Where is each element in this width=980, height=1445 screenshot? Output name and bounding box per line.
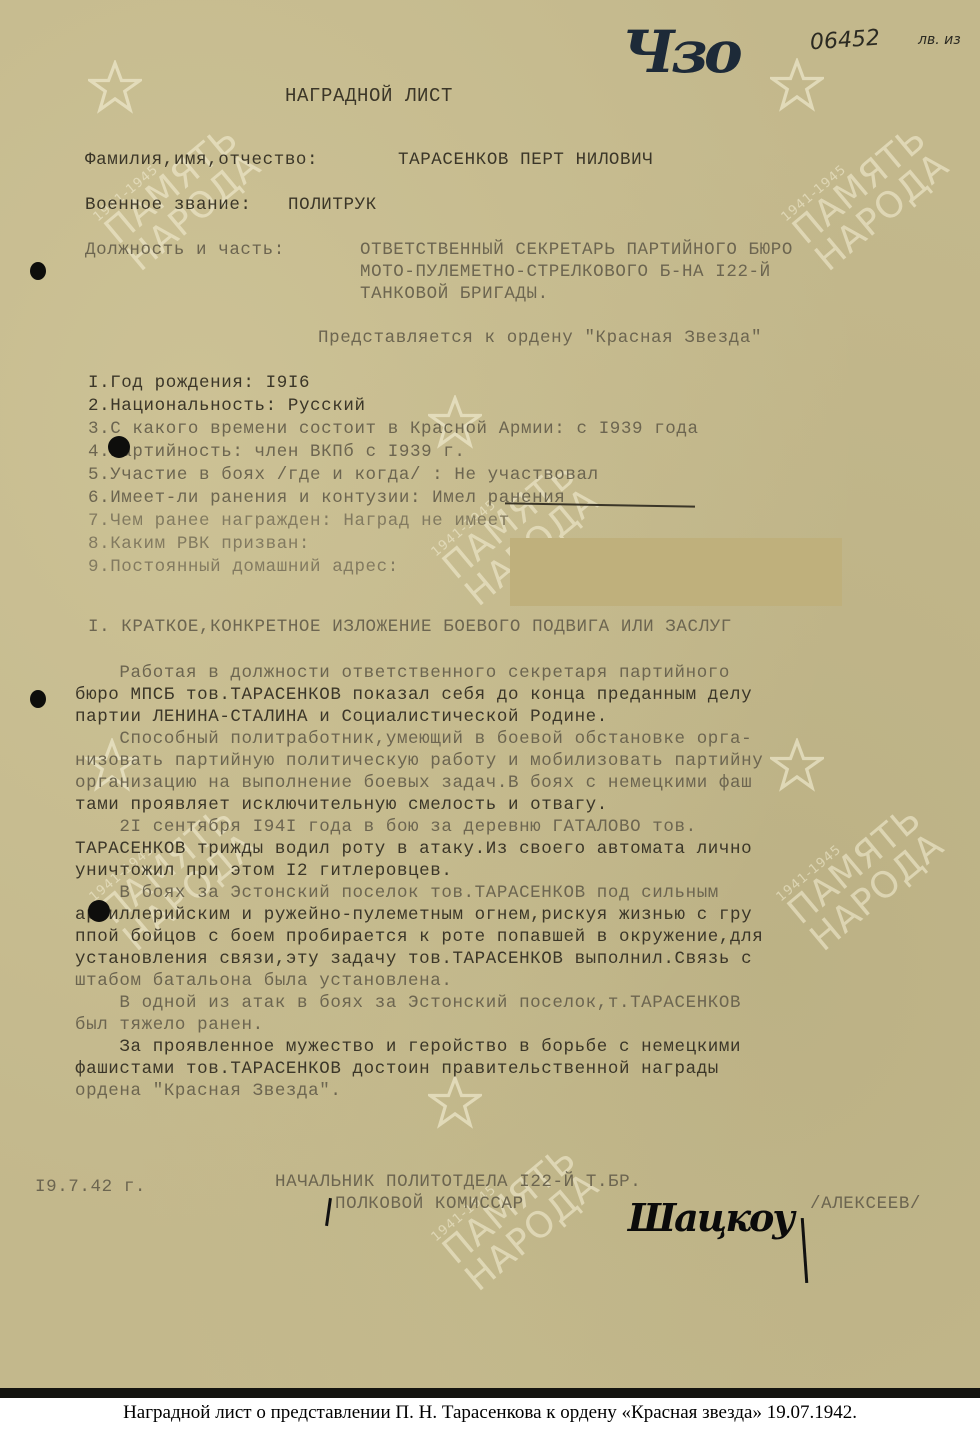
field-army-since: 3.С какого времени состоит в Красной Арм…: [88, 419, 699, 439]
body-line: 2I сентября I94I года в бою за деревню Г…: [75, 817, 697, 837]
signer-rank: ПОЛКОВОЙ КОМИССАР: [335, 1194, 524, 1214]
field-draft-office: 8.Каким РВК призван:: [88, 534, 321, 554]
section-heading: I. КРАТКОЕ,КОНКРЕТНОЕ ИЗЛОЖЕНИЕ БОЕВОГО …: [88, 617, 732, 637]
position-line: ТАНКОВОЙ БРИГАДЫ.: [360, 284, 549, 304]
body-line: установления связи,эту задачу тов.ТАРАСЕ…: [75, 949, 752, 969]
award-sheet-scan: 1941-1945 ПАМЯТЬ НАРОДА 1941-1945 ПАМЯТЬ…: [0, 0, 980, 1390]
body-line: бюро МПСБ тов.ТАРАСЕНКОВ показал себя до…: [75, 685, 752, 705]
body-line: В одной из атак в боях за Эстонский посе…: [75, 993, 741, 1013]
star-watermark-icon: [770, 58, 824, 112]
rank-label: Военное звание:: [85, 195, 252, 215]
field-birth-year: I.Год рождения: I9I6: [88, 373, 310, 393]
pamyat-naroda-watermark: 1941-1945 ПАМЯТЬ НАРОДА: [775, 792, 950, 957]
handwritten-mark: Чзо: [622, 18, 739, 86]
redacted-area: [510, 538, 842, 606]
archive-number: 06452: [809, 26, 881, 56]
paper-bottom-edge: [0, 1388, 980, 1398]
star-watermark-icon: [770, 738, 824, 792]
body-line: штабом батальона была установлена.: [75, 971, 452, 991]
signature-stroke: [801, 1218, 809, 1283]
body-line: артиллерийским и ружейно-пулеметным огне…: [75, 905, 752, 925]
body-line: тами проявляет исключительную смелость и…: [75, 795, 608, 815]
body-line: За проявленное мужество и геройство в бо…: [75, 1037, 741, 1057]
body-line: Способный политработник,умеющий в боевой…: [75, 729, 752, 749]
field-home-address: 9.Постоянный домашний адрес:: [88, 557, 410, 577]
signer-title: НАЧАЛЬНИК ПОЛИТОТДЕЛА I22-Й Т.БР.: [275, 1172, 641, 1192]
signer-name: /АЛЕКСЕЕВ/: [810, 1194, 921, 1214]
body-line: партии ЛЕНИНА-СТАЛИНА и Социалистической…: [75, 707, 608, 727]
field-party: 4.Партийность: член ВКПб с I939 г.: [88, 442, 465, 462]
position-line: ОТВЕТСТВЕННЫЙ СЕКРЕТАРЬ ПАРТИЙНОГО БЮРО: [360, 240, 793, 260]
punch-hole: [88, 900, 110, 922]
position-label: Должность и часть:: [85, 240, 285, 260]
document-date: I9.7.42 г.: [35, 1177, 146, 1197]
archive-initials: лв. из: [918, 32, 968, 48]
body-line: Работая в должности ответственного секре…: [75, 663, 730, 683]
body-line: уничтожил при этом I2 гитлеровцев.: [75, 861, 452, 881]
field-prior-awards: 7.Чем ранее награжден: Наград не имеет: [88, 511, 510, 531]
position-line: МОТО-ПУЛЕМЕТНО-СТРЕЛКОВОГО Б-НА I22-Й: [360, 262, 771, 282]
nomination-line: Представляется к ордену "Красная Звезда": [318, 328, 762, 348]
star-watermark-icon: [428, 1075, 482, 1129]
body-line: ордена "Красная Звезда".: [75, 1081, 341, 1101]
body-line: был тяжело ранен.: [75, 1015, 264, 1035]
body-line: ТАРАСЕНКОВ трижды водил роту в атаку.Из …: [75, 839, 752, 859]
pen-tick-mark: [325, 1198, 332, 1226]
body-line: В боях за Эстонский поселок тов.ТАРАСЕНК…: [75, 883, 719, 903]
name-label: Фамилия,имя,отчество:: [85, 150, 318, 170]
field-battles: 5.Участие в боях /где и когда/ : Не учас…: [88, 465, 599, 485]
field-nationality: 2.Национальность: Русский: [88, 396, 366, 416]
document-title: НАГРАДНОЙ ЛИСТ: [285, 85, 453, 107]
pamyat-naroda-watermark: 1941-1945 ПАМЯТЬ НАРОДА: [430, 1132, 605, 1297]
body-line: организацию на выполнение боевых задач.В…: [75, 773, 752, 793]
name-value: ТАРАСЕНКОВ ПЕРТ НИЛОВИЧ: [398, 150, 653, 170]
punch-hole: [30, 690, 46, 708]
image-caption: Наградной лист о представлении П. Н. Тар…: [0, 1402, 980, 1424]
field-wounds: 6.Имеет-ли ранения и контузии: Имел ране…: [88, 488, 565, 508]
rank-value: ПОЛИТРУК: [288, 195, 377, 215]
punch-hole: [30, 262, 46, 280]
pamyat-naroda-watermark: 1941-1945 ПАМЯТЬ НАРОДА: [780, 112, 955, 277]
body-line: низовать партийную политическую работу и…: [75, 751, 763, 771]
star-watermark-icon: [88, 60, 142, 114]
punch-hole: [108, 436, 130, 458]
body-line: ппой бойцов с боем пробирается к роте по…: [75, 927, 763, 947]
signature: Шацкоу: [628, 1195, 793, 1240]
body-line: фашистами тов.ТАРАСЕНКОВ достоин правите…: [75, 1059, 719, 1079]
